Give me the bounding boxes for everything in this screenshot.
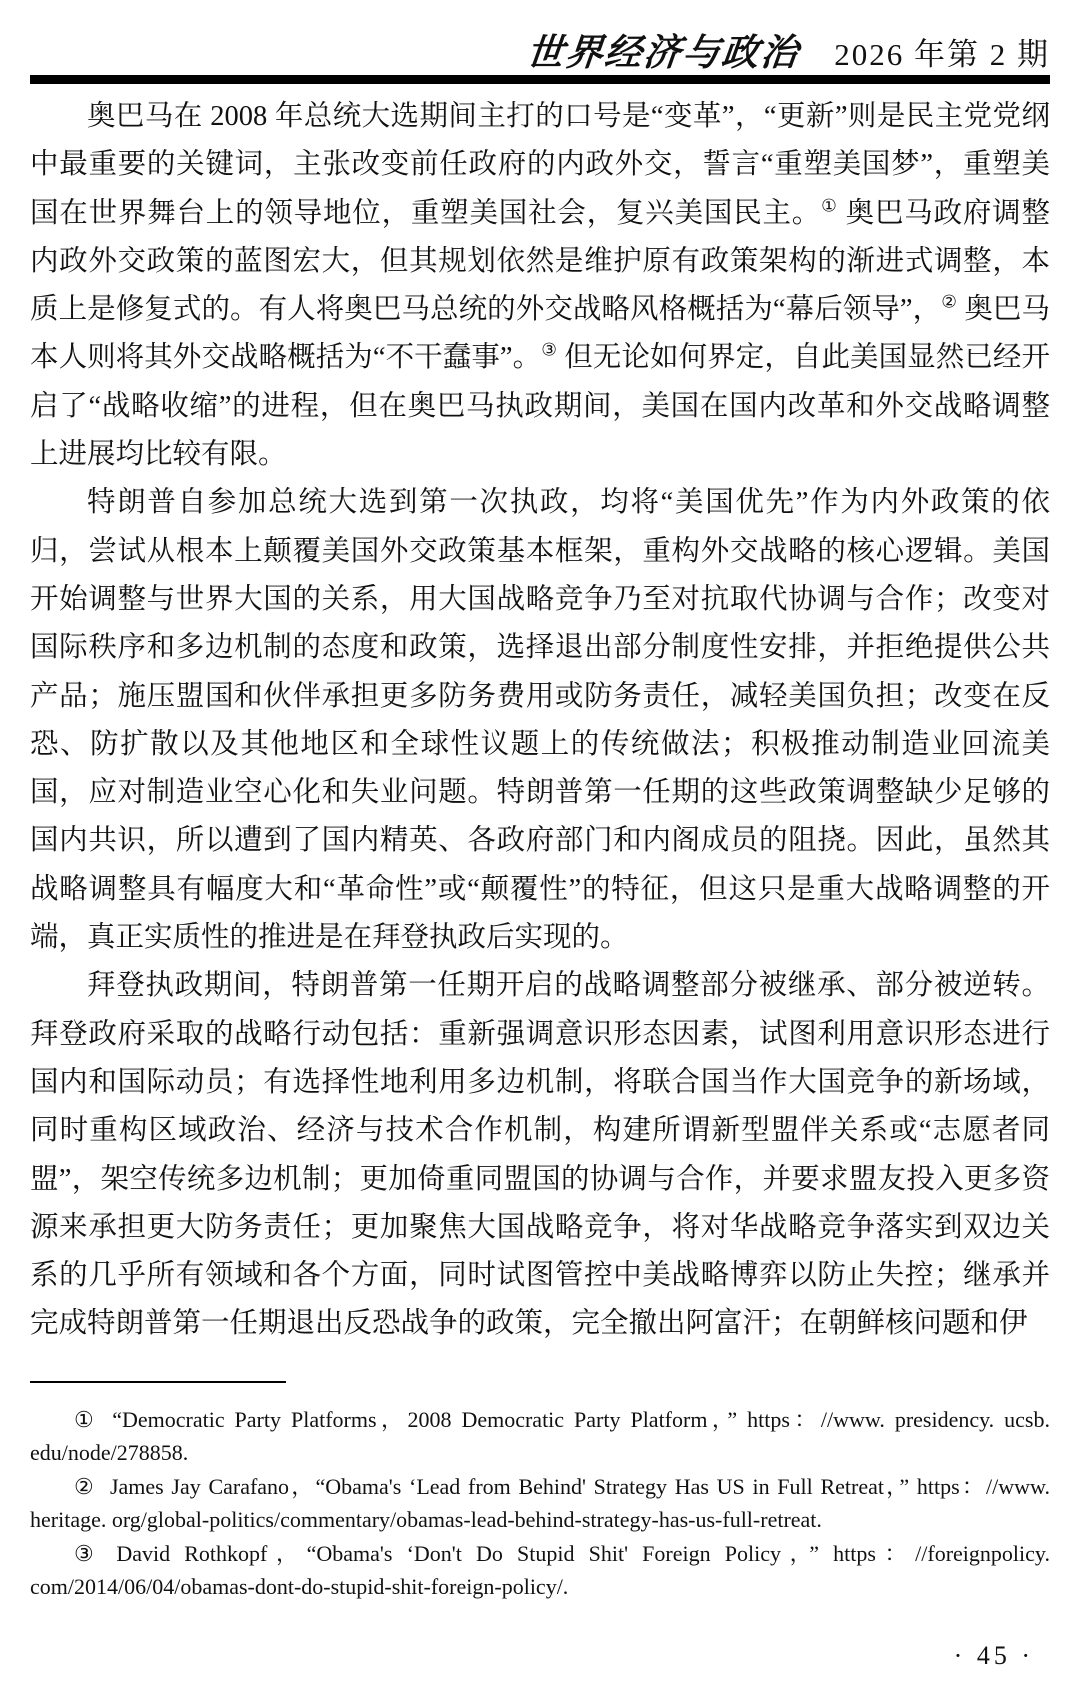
issue-label: 2026 年第 2 期 [834, 29, 1050, 74]
page-number: · 45 · [954, 1641, 1034, 1671]
footnotes: ①“Democratic Party Platforms，2008 Democr… [30, 1403, 1050, 1604]
footnote: ①“Democratic Party Platforms，2008 Democr… [30, 1403, 1050, 1470]
footnote-reference-marker: ① [821, 195, 838, 215]
page-header: 世界经济与政治 2026 年第 2 期 [30, 0, 1050, 70]
article-body: 奥巴马在 2008 年总统大选期间主打的口号是“变革”，“更新”则是民主党党纲中… [30, 93, 1050, 1349]
journal-page: 世界经济与政治 2026 年第 2 期 奥巴马在 2008 年总统大选期间主打的… [0, 0, 1080, 1689]
footnote-number: ① [74, 1407, 112, 1432]
footnote-separator [30, 1381, 286, 1383]
body-paragraph: 特朗普自参加总统大选到第一次执政，均将“美国优先”作为内外政策的依归，尝试从根本… [30, 479, 1050, 962]
footnote-reference-marker: ③ [541, 340, 557, 360]
footnote: ②James Jay Carafano，“Obama's ‘Lead from … [30, 1470, 1050, 1537]
footnote-reference-marker: ② [941, 292, 957, 312]
body-paragraph: 奥巴马在 2008 年总统大选期间主打的口号是“变革”，“更新”则是民主党党纲中… [30, 93, 1050, 479]
footnote-number: ③ [74, 1541, 116, 1566]
body-paragraph: 拜登执政期间，特朗普第一任期开启的战略调整部分被继承、部分被逆转。拜登政府采取的… [30, 962, 1050, 1348]
journal-title-calligraphy: 世界经济与政治 [524, 22, 803, 76]
footnote: ③David Rothkopf，“Obama's ‘Don't Do Stupi… [30, 1537, 1050, 1604]
header-rule [30, 75, 1050, 84]
footnote-number: ② [74, 1474, 110, 1499]
